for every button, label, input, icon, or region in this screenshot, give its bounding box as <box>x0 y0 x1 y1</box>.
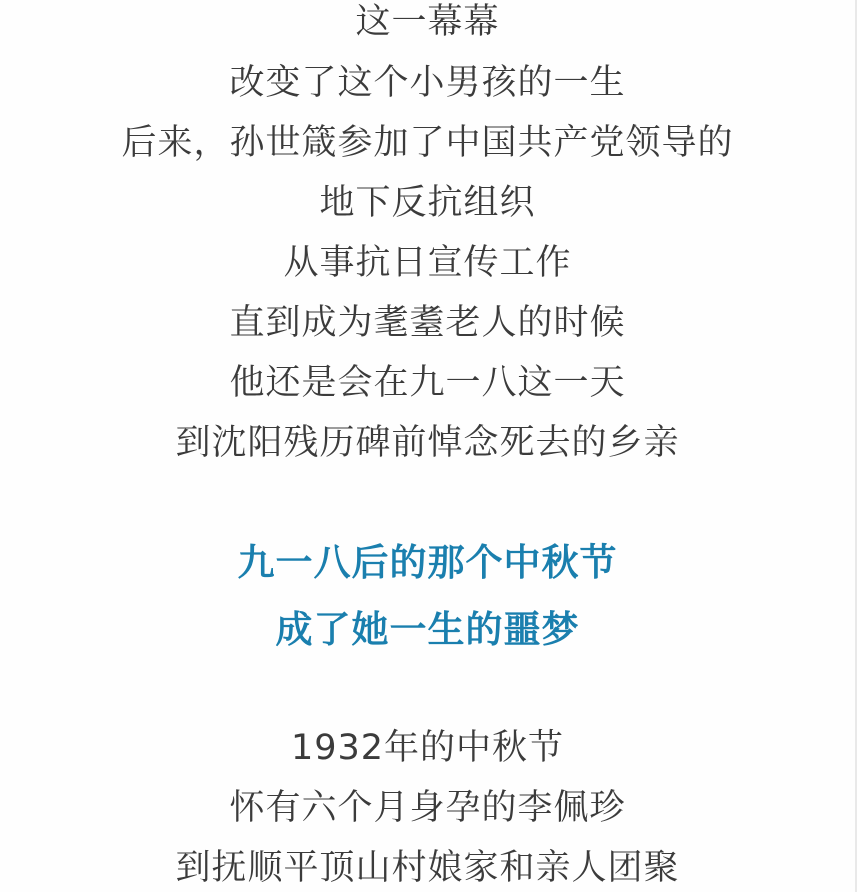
body-text-line: 直到成为耄耋老人的时候 <box>0 303 855 343</box>
body-text-line: 到抚顺平顶山村娘家和亲人团聚 <box>0 848 855 888</box>
section-heading-line: 九一八后的那个中秋节 <box>0 542 855 584</box>
body-text-line: 改变了这个小男孩的一生 <box>0 63 855 103</box>
body-text-line: 到沈阳残历碑前悼念死去的乡亲 <box>0 423 855 463</box>
article-page: 这一幕幕 改变了这个小男孩的一生 后来，孙世箴参加了中国共产党领导的 地下反抗组… <box>0 0 855 892</box>
section-heading-line: 成了她一生的噩梦 <box>0 609 855 651</box>
body-text-line: 1932年的中秋节 <box>0 728 855 768</box>
body-text-line: 后来，孙世箴参加了中国共产党领导的 <box>0 123 855 163</box>
body-text-line: 从事抗日宣传工作 <box>0 243 855 283</box>
body-text-line: 这一幕幕 <box>0 2 855 42</box>
body-text-line: 地下反抗组织 <box>0 183 855 223</box>
body-text-line: 怀有六个月身孕的李佩珍 <box>0 788 855 828</box>
body-text-line: 他还是会在九一八这一天 <box>0 363 855 403</box>
